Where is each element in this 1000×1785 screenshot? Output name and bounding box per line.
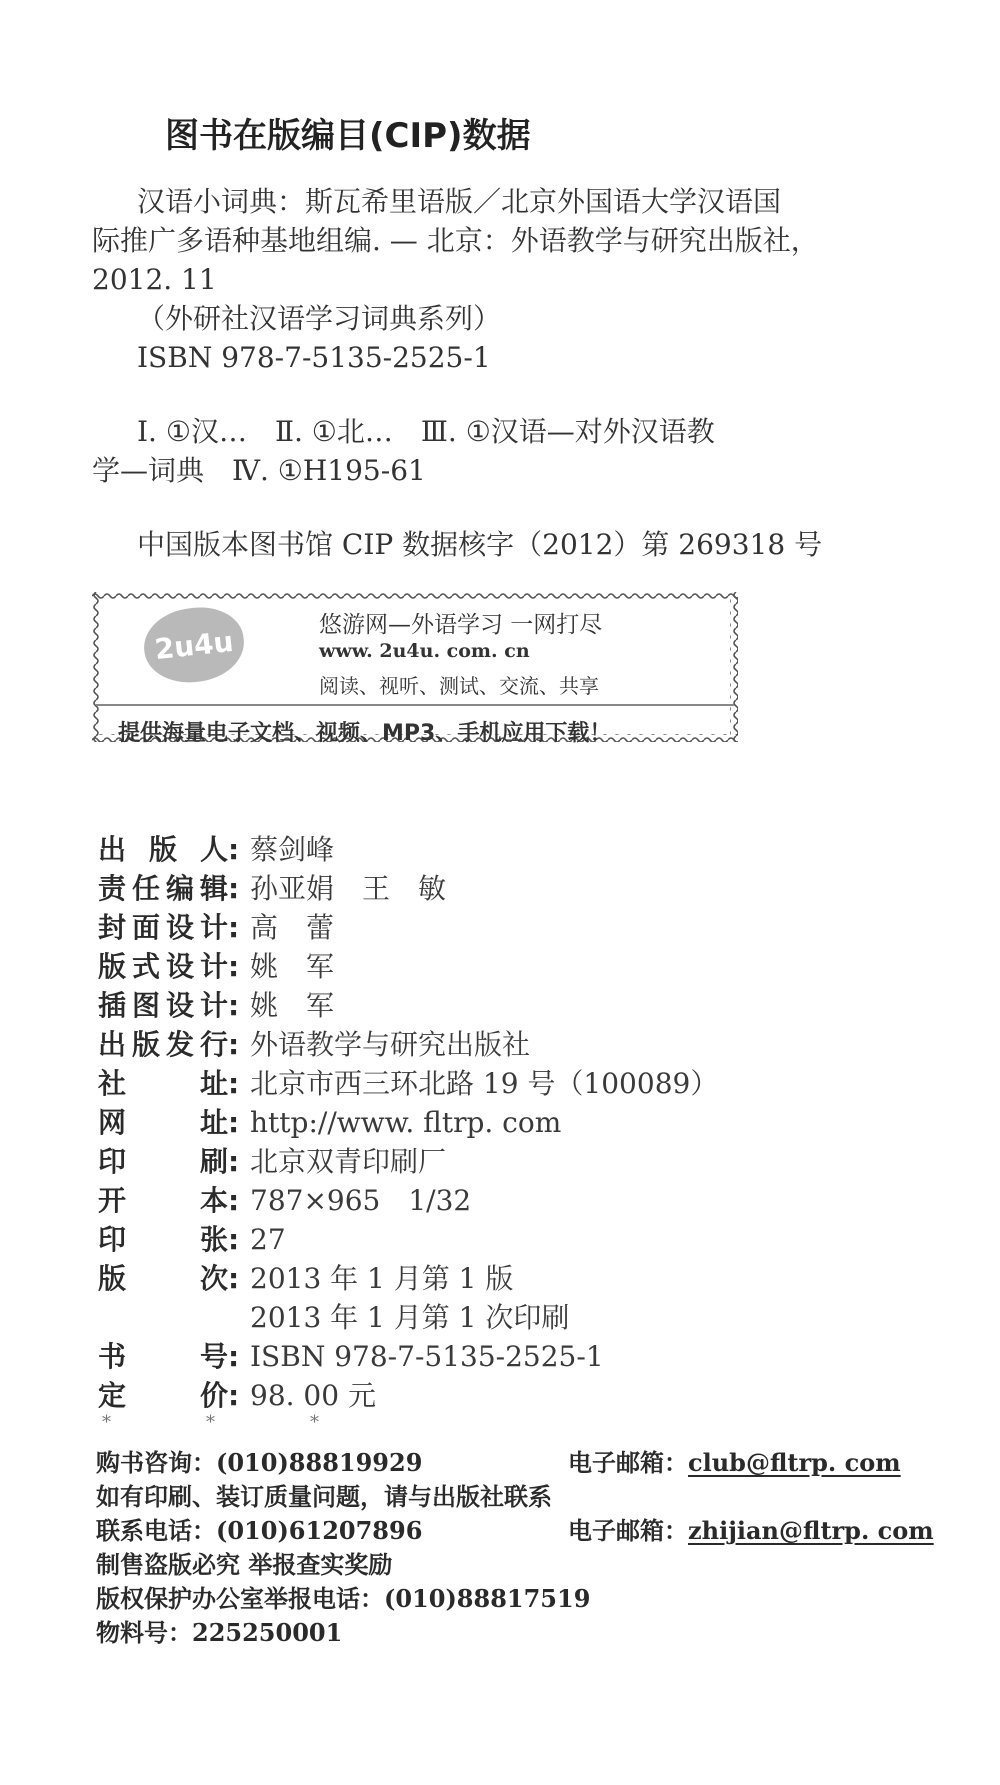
colophon-label-char: 刷 [200, 1142, 228, 1181]
colophon-label-char: 计 [200, 986, 228, 1025]
material-number: 物料号：225250001 [96, 1616, 590, 1650]
colophon-label-char: 辑 [200, 869, 228, 908]
copyright-office-phone: 版权保护办公室举报电话：(010)88817519 [96, 1582, 590, 1616]
cip-record-number: 中国版本图书馆 CIP 数据核字（2012）第 269318 号 [137, 525, 822, 564]
colophon-label-char: 计 [200, 908, 228, 947]
colophon-label-char: 版 [98, 1259, 126, 1298]
colophon-label: 书号 [98, 1337, 228, 1376]
colophon-label: 定价 [98, 1376, 228, 1415]
ad-box: 2u4u 悠游网—外语学习 一网打尽 www. 2u4u. com. cn 阅读… [92, 592, 738, 742]
colophon-label-char: 编 [166, 869, 194, 908]
colophon-label: 版次 [98, 1259, 228, 1298]
phone-email-group: 电子邮箱：zhijian@fltrp. com [568, 1514, 934, 1548]
colophon-label: 版式设计 [98, 947, 228, 986]
colophon-value: 姚 军 [250, 986, 334, 1025]
purchase-email-group: 电子邮箱：club@fltrp. com [568, 1446, 901, 1480]
cip-title: 图书在版编目(CIP)数据 [165, 108, 531, 157]
ad-features: 阅读、视听、测试、交流、共享 [319, 670, 599, 699]
purchase-email-link[interactable]: club@fltrp. com [688, 1448, 901, 1477]
colophon-colon: : [228, 1142, 239, 1181]
colophon-label-char: 号 [200, 1337, 228, 1376]
colophon-colon: : [228, 1259, 239, 1298]
colophon-colon: : [228, 1103, 239, 1142]
phone-row: 联系电话：(010)61207896 电子邮箱：zhijian@fltrp. c… [96, 1514, 590, 1548]
colophon-value: 高 蕾 [250, 908, 334, 947]
cip-entry-line: 际推广多语种基地组编. — 北京：外语教学与研究出版社， [92, 221, 819, 260]
colophon-label-char: 址 [200, 1064, 228, 1103]
colophon-label: 开本 [98, 1181, 228, 1220]
colophon-label-char: 图 [132, 986, 160, 1025]
colophon-label-char: 开 [98, 1181, 126, 1220]
colophon-colon: : [228, 1181, 239, 1220]
colophon-colon: : [228, 1025, 239, 1064]
colophon-label: 出版人 [98, 830, 228, 869]
colophon-label-char: 书 [98, 1337, 126, 1376]
separator-stars: *** [102, 1412, 414, 1433]
colophon-label-char: 印 [98, 1142, 126, 1181]
colophon-label-char: 张 [200, 1220, 228, 1259]
contact-phone: 联系电话：(010)61207896 [96, 1516, 422, 1545]
colophon-value: 北京双青印刷厂 [250, 1142, 446, 1181]
colophon-label-char: 人 [200, 830, 228, 869]
quality-note: 如有印刷、装订质量问题，请与出版社联系 [96, 1480, 590, 1514]
colophon-value: 2013 年 1 月第 1 次印刷 [250, 1298, 569, 1337]
colophon-colon: : [228, 947, 239, 986]
colophon-label: 封面设计 [98, 908, 228, 947]
colophon-label-char: 面 [132, 908, 160, 947]
colophon-colon: : [228, 1064, 239, 1103]
colophon-label-char: 次 [200, 1259, 228, 1298]
colophon-label-char: 网 [98, 1103, 126, 1142]
colophon-label: 插图设计 [98, 986, 228, 1025]
colophon-label-char: 封 [98, 908, 126, 947]
cip-subject-line: Ⅰ. ①汉… Ⅱ. ①北… Ⅲ. ①汉语—对外汉语教 [137, 412, 715, 451]
colophon-label-char: 行 [200, 1025, 228, 1064]
purchase-row: 购书咨询：(010)88819929 电子邮箱：club@fltrp. com [96, 1446, 590, 1480]
colophon-value: 北京市西三环北路 19 号（100089） [250, 1064, 718, 1103]
colophon-label-char: 发 [166, 1025, 194, 1064]
separator-star: * [310, 1412, 414, 1433]
cip-series: （外研社汉语学习词典系列） [137, 299, 501, 338]
colophon-value: 98. 00 元 [250, 1376, 376, 1415]
purchase-phone: 购书咨询：(010)88819929 [96, 1448, 422, 1477]
colophon-label-char: 设 [166, 947, 194, 986]
colophon-label: 网址 [98, 1103, 228, 1142]
cip-isbn: ISBN 978-7-5135-2525-1 [137, 338, 491, 377]
colophon-value: 787×965 1/32 [250, 1181, 471, 1220]
ad-url-link[interactable]: www. 2u4u. com. cn [319, 640, 530, 662]
colophon-label-char: 版 [98, 947, 126, 986]
colophon-colon: : [228, 1220, 239, 1259]
cip-subject-line: 学—词典 Ⅳ. ①H195-61 [92, 451, 426, 490]
cip-entry-line: 汉语小词典：斯瓦希里语版／北京外国语大学汉语国 [137, 182, 781, 221]
ad-divider [96, 704, 734, 706]
colophon-label-char: 出 [98, 1025, 126, 1064]
piracy-note: 制售盗版必究 举报查实奖励 [96, 1548, 590, 1582]
email-label: 电子邮箱： [568, 1516, 688, 1545]
colophon-label-char: 责 [98, 869, 126, 908]
quality-email-link[interactable]: zhijian@fltrp. com [688, 1516, 934, 1545]
colophon-value: 2013 年 1 月第 1 版 [250, 1259, 513, 1298]
colophon-value: http://www. fltrp. com [250, 1103, 561, 1142]
contact-info: 购书咨询：(010)88819929 电子邮箱：club@fltrp. com … [96, 1446, 590, 1650]
colophon-label-char: 定 [98, 1376, 126, 1415]
colophon-label: 出版发行 [98, 1025, 228, 1064]
colophon-label-char: 版 [132, 1025, 160, 1064]
colophon-label-char: 式 [132, 947, 160, 986]
colophon-label-char: 社 [98, 1064, 126, 1103]
colophon-label: 社址 [98, 1064, 228, 1103]
email-label: 电子邮箱： [568, 1448, 688, 1477]
colophon-label-char: 版 [149, 830, 177, 869]
colophon-label-char: 设 [166, 986, 194, 1025]
colophon-value: 外语教学与研究出版社 [250, 1025, 530, 1064]
colophon-label-char: 本 [200, 1181, 228, 1220]
colophon-label-char: 插 [98, 986, 126, 1025]
colophon-colon: : [228, 1376, 239, 1415]
cip-entry-line: 2012. 11 [92, 260, 217, 299]
colophon-label-char: 址 [200, 1103, 228, 1142]
colophon-colon: : [228, 830, 239, 869]
colophon-colon: : [228, 986, 239, 1025]
colophon-label-char: 设 [166, 908, 194, 947]
colophon-value: 姚 军 [250, 947, 334, 986]
colophon-colon: : [228, 908, 239, 947]
colophon-colon: : [228, 1337, 239, 1376]
colophon-value: 蔡剑峰 [250, 830, 334, 869]
colophon-label-char: 计 [200, 947, 228, 986]
ad-banner: 提供海量电子文档、视频、MP3、手机应用下载！ [118, 716, 611, 747]
separator-star: * [102, 1412, 206, 1433]
colophon-label: 印刷 [98, 1142, 228, 1181]
ad-headline: 悠游网—外语学习 一网打尽 [319, 606, 602, 639]
colophon-value: 27 [250, 1220, 286, 1259]
colophon-label-char: 任 [132, 869, 160, 908]
colophon-value: 孙亚娟 王 敏 [250, 869, 446, 908]
colophon-colon: : [228, 869, 239, 908]
separator-star: * [206, 1412, 310, 1433]
colophon-label-char: 价 [200, 1376, 228, 1415]
colophon-label: 印张 [98, 1220, 228, 1259]
colophon-label-char: 印 [98, 1220, 126, 1259]
colophon-label-char: 出 [98, 830, 126, 869]
colophon-label: 责任编辑 [98, 869, 228, 908]
colophon-value: ISBN 978-7-5135-2525-1 [250, 1337, 604, 1376]
